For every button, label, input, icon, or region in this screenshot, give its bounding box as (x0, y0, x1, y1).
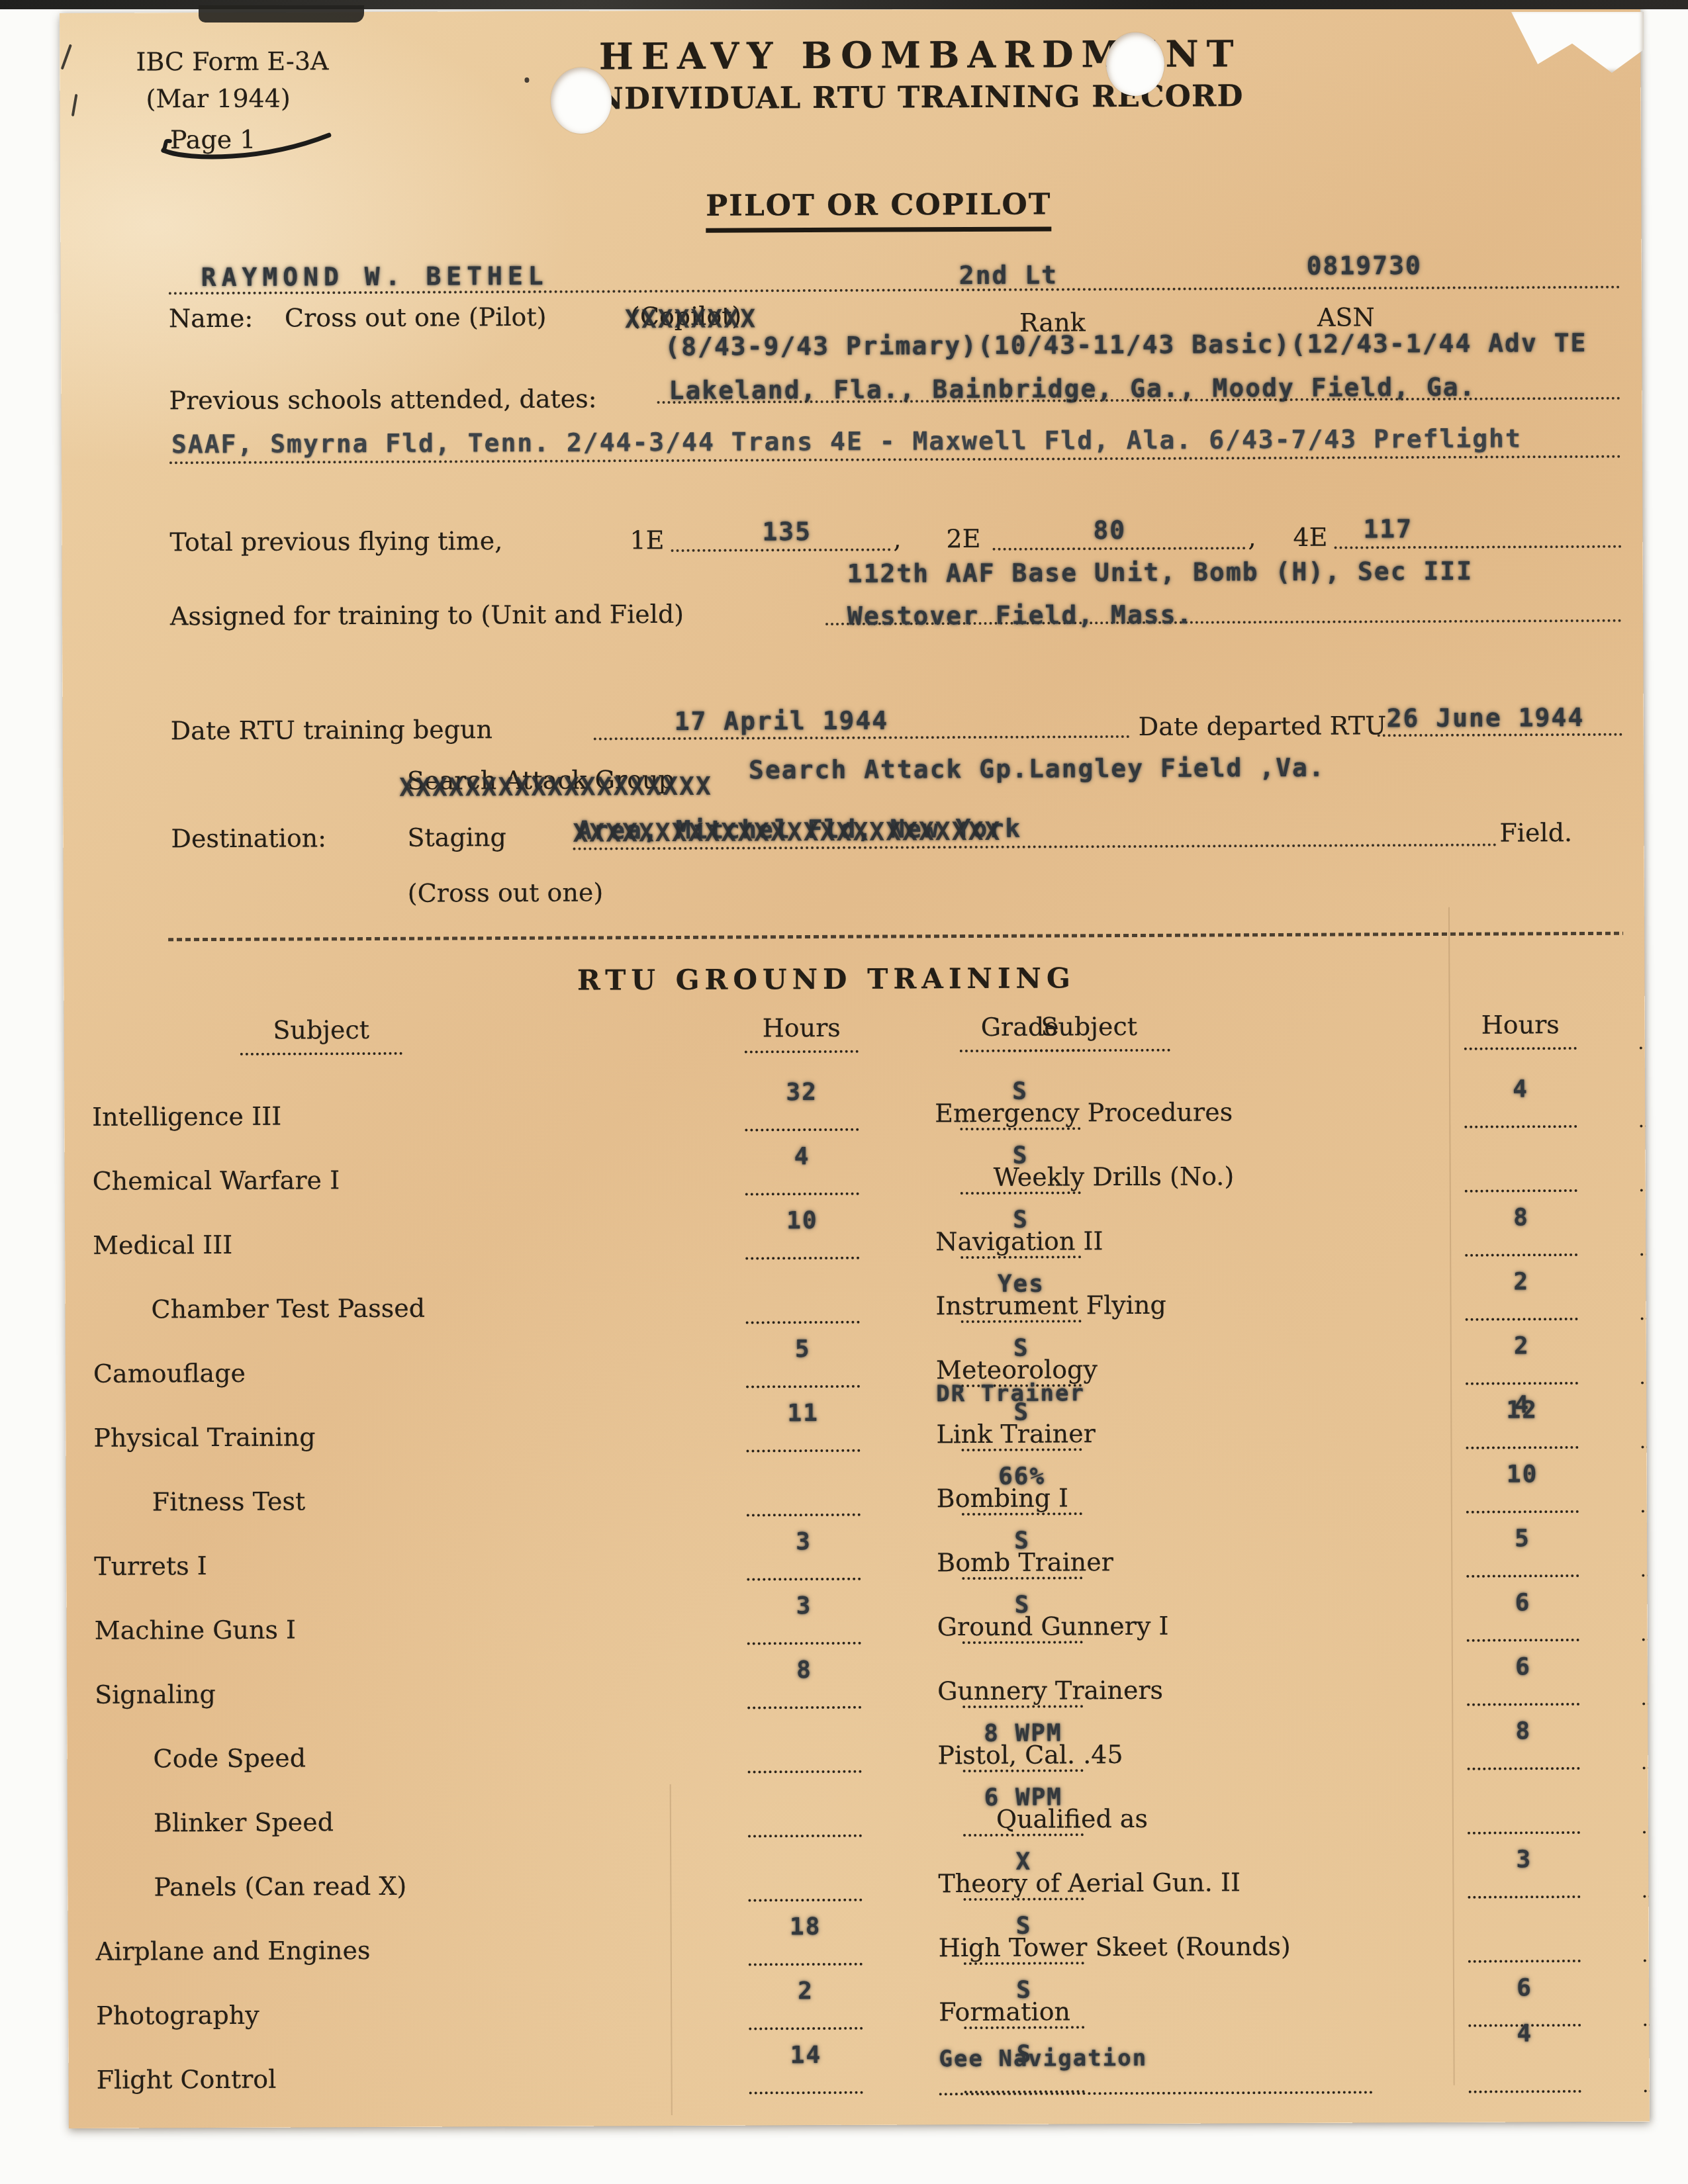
value-cell: 8 (1467, 1707, 1579, 1770)
subject-label: Medical III (93, 1198, 662, 1263)
hours-value: 11 (746, 1400, 860, 1428)
grade-value (1642, 1744, 1649, 1745)
hours-value: 2 (1466, 1332, 1578, 1360)
subject-label: High Tower Skeet (Rounds) (938, 1901, 1448, 1965)
value-cell: S (1641, 1322, 1650, 1385)
subject-label: Bomb Trainer (937, 1516, 1446, 1580)
grade-value: S (1642, 1524, 1650, 1552)
value-cell: S (1643, 1835, 1650, 1898)
value-cell: 2 (1465, 1258, 1577, 1321)
subject-label: Chemical Warfare I (92, 1134, 661, 1199)
dotted-line (1335, 545, 1622, 549)
grade-value: 50 (1644, 1909, 1650, 1937)
grade-value: S (1644, 1974, 1650, 2001)
schools-typed-line1: (8/43-9/43 Primary)(10/43-11/43 Basic)(1… (665, 328, 1587, 361)
grade-value (1640, 1102, 1650, 1103)
pen-tick-mark (61, 44, 72, 69)
hours-1e-value: 135 (762, 517, 812, 546)
hours-value: 5 (1466, 1525, 1579, 1553)
hours-value: 3 (747, 1592, 861, 1620)
subject-label: Pistol, Cal. .45 (937, 1708, 1447, 1772)
value-cell: 3 (747, 1582, 861, 1645)
value-cell (1464, 1130, 1577, 1193)
value-cell: 12 (1466, 1387, 1578, 1449)
engine-2e-label: 2E (946, 524, 980, 553)
value-cell: 4 (745, 1133, 859, 1196)
subject-label: Bombing I (937, 1451, 1446, 1516)
value-cell: 6 (1467, 1643, 1579, 1706)
hours-value: 12 (1466, 1396, 1578, 1424)
subject-label: Code Speed (153, 1711, 722, 1776)
subject-label: Fitness Test (152, 1455, 722, 1520)
value-cell: 32 (745, 1069, 859, 1132)
value-cell (748, 1775, 862, 1838)
grade-value: MM (1643, 1781, 1650, 1809)
strikeout-x: XXXXXXXXXXXXXXXXXXXXXXXXXX (573, 817, 1001, 848)
dotted-line (1378, 733, 1622, 737)
hours-value (747, 1748, 861, 1749)
hours-value: 5 (746, 1336, 860, 1363)
page-content: IBC Form E-3A (Mar 1944) Page 1 HEAVY BO… (60, 7, 1650, 2128)
assigned-field-value: Westover Field, Mass. (847, 600, 1194, 631)
subject-label: Gunnery Trainers (937, 1644, 1447, 1708)
value-cell: 50 (1643, 1899, 1649, 1962)
dotted-line (671, 549, 891, 552)
hours-value (1465, 1167, 1577, 1167)
scan-top-shadow (199, 5, 364, 23)
hours-value: 3 (747, 1528, 861, 1556)
engine-1e-label: 1E (630, 525, 664, 555)
value-cell: 11 (746, 1390, 860, 1453)
comma: , (893, 524, 901, 553)
crossout-instruction: Cross out one (Pilot) (285, 302, 547, 333)
value-cell (1468, 1772, 1580, 1835)
value-cell: 5 (746, 1326, 860, 1388)
subject-label: Camouflage (93, 1326, 663, 1391)
value-cell: 10 (1466, 1451, 1579, 1514)
subject-label: Meteorology (936, 1323, 1446, 1387)
grade-value: S (1640, 1267, 1650, 1295)
subject-label: Chamber Test Passed (151, 1262, 720, 1327)
hours-value (1468, 1809, 1580, 1809)
hours-value: 6 (1467, 1653, 1579, 1681)
hours-value (745, 1298, 859, 1299)
value-cell: 14 (749, 2032, 863, 2095)
pen-underline-mark (158, 126, 350, 166)
value-cell (1642, 1707, 1650, 1770)
hours-value (1468, 1937, 1581, 1938)
blank-subject-line (939, 2031, 1372, 2095)
value-cell: S (1642, 1514, 1650, 1577)
hours-value: 8 (1467, 1717, 1579, 1745)
value-cell: 6 (1466, 1579, 1579, 1642)
hours-value: 32 (745, 1079, 859, 1107)
pen-tick-mark (71, 94, 78, 116)
value-cell: 18 (748, 1903, 862, 1966)
grade-value: S (1642, 1460, 1650, 1488)
subject-label: Weekly Drills (No.) (993, 1130, 1503, 1195)
hours-value (747, 1491, 861, 1492)
value-cell: S (1640, 1193, 1650, 1256)
hours-value: 14 (749, 2042, 863, 2070)
punch-hole (1106, 32, 1164, 96)
engine-4e-label: 4E (1293, 523, 1327, 552)
value-cell: 5 (1466, 1515, 1579, 1578)
hours-2e-value: 80 (1093, 516, 1126, 545)
hours-value: 3 (1468, 1846, 1580, 1874)
subject-label: Turrets I (94, 1519, 663, 1584)
assigned-label: Assigned for training to (Unit and Field… (170, 600, 684, 631)
hours-4e-value: 117 (1363, 514, 1413, 543)
form-number: IBC Form E-3A (136, 46, 328, 76)
punch-hole (551, 68, 612, 134)
form-date: (Mar 1944) (146, 83, 290, 113)
hours-value (748, 1812, 862, 1813)
grade-value (1642, 1680, 1650, 1680)
dotted-line (594, 735, 1130, 741)
dotted-line (993, 547, 1246, 551)
rank-value: 2nd Lt (959, 260, 1058, 290)
subject-label: Flight Control (96, 2032, 665, 2097)
section-title: RTU GROUND TRAINING (577, 962, 1076, 996)
hours-value: 10 (1466, 1461, 1579, 1488)
value-cell: 12 (1640, 1129, 1650, 1192)
hours-value (748, 1876, 862, 1877)
strikeout-x: XXXXXXXXXXXXXXXXXXX (399, 772, 712, 802)
comma: , (1248, 523, 1256, 552)
hours-value: 18 (749, 1913, 863, 1941)
subject-label: Ground Gunnery I (937, 1580, 1446, 1644)
subject-label: Airplane and Engines (95, 1904, 665, 1969)
value-cell: 8 (747, 1647, 861, 1709)
value-cell (747, 1454, 861, 1517)
column-header-subject: Subject (1008, 1012, 1170, 1052)
subject-label: Emergency Procedures (935, 1066, 1444, 1130)
destination-typed-value: Search Attack Gp.Langley Field ,Va. (749, 753, 1325, 785)
hours-value (1469, 2068, 1581, 2068)
value-cell: 10 (745, 1197, 859, 1260)
field-suffix-label: Field. (1499, 818, 1572, 847)
value-cell: 3 (1468, 1836, 1580, 1899)
name-label: Name: (169, 304, 253, 334)
value-cell: S (1642, 1578, 1650, 1641)
subject-label: Physical Training (93, 1390, 663, 1455)
grade-value: S (1641, 1332, 1650, 1359)
column-header-hours: Hours (745, 1013, 859, 1054)
hours-value: 8 (1465, 1204, 1577, 1232)
destination-option-staging: Staging (407, 823, 506, 852)
grade-value (1644, 2067, 1650, 2068)
value-cell: S (1641, 1450, 1649, 1513)
value-cell (1644, 2030, 1650, 2093)
hours-value: 8 (747, 1657, 861, 1684)
hours-value: 6 (1466, 1589, 1579, 1617)
value-cell: MM (1643, 1771, 1650, 1834)
hours-value: 4 (1464, 1075, 1577, 1103)
value-cell: 3 (747, 1518, 861, 1581)
value-cell (748, 1839, 862, 1902)
value-cell: S (1641, 1386, 1650, 1449)
hours-value: 6 (1468, 1974, 1581, 2002)
value-cell (1640, 1065, 1650, 1128)
date-departed-value: 26 June 1944 (1387, 703, 1585, 733)
title-pilot-or-copilot: PILOT OR COPILOT (706, 187, 1052, 232)
value-cell (1468, 2030, 1581, 2093)
grade-value: S (1640, 1203, 1650, 1231)
date-begun-label: Date RTU training begun (171, 715, 492, 745)
crossout-note: (Cross out one) (408, 878, 604, 907)
subject-label: Photography (96, 1968, 665, 2033)
schools-typed-line3: SAAF, Smyrna Fld, Tenn. 2/44-3/44 Trans … (171, 424, 1522, 459)
value-cell (1468, 1900, 1580, 1963)
subject-label: Qualified as (996, 1772, 1506, 1836)
paper-crease (1448, 907, 1455, 2085)
value-cell: 2 (749, 1968, 863, 2030)
column-header-grade: Grade (1640, 1009, 1650, 1050)
destination-label: Destination: (171, 823, 326, 853)
schools-label: Previous schools attended, dates: (169, 384, 596, 415)
value-cell (745, 1261, 859, 1324)
subject-label: Theory of Aerial Gun. II (938, 1837, 1448, 1901)
subject-label: Machine Guns I (94, 1583, 663, 1648)
column-header-subject: Subject (240, 1015, 402, 1056)
grade-value: S (1642, 1588, 1650, 1616)
name-value: RAYMOND W. BETHEL (201, 261, 549, 292)
value-cell (1642, 1643, 1650, 1706)
subject-label: Navigation II (935, 1195, 1445, 1259)
assigned-unit-value: 112th AAF Base Unit, Bomb (H), Sec III (847, 557, 1474, 588)
value-cell: 2 (1466, 1322, 1578, 1385)
subject-label: Intelligence III (92, 1069, 661, 1134)
value-cell: 4 (1464, 1066, 1577, 1128)
hours-value: 2 (1465, 1268, 1577, 1296)
ink-speck (524, 77, 529, 83)
subject-label: Panels (Can read X) (154, 1840, 723, 1905)
asn-label: ASN (1317, 302, 1375, 332)
subject-label: Link Trainer (936, 1387, 1446, 1451)
value-cell: 8 (1465, 1194, 1577, 1257)
section-divider (168, 932, 1623, 942)
grade-value: 12 (1640, 1139, 1649, 1167)
hours-value: 2 (749, 1978, 863, 2005)
hours-value: 4 (745, 1143, 859, 1171)
date-departed-label: Date departed RTU (1139, 711, 1387, 741)
asn-value: 0819730 (1307, 251, 1422, 281)
document-page: IBC Form E-3A (Mar 1944) Page 1 HEAVY BO… (60, 7, 1650, 2128)
subject-label: Signaling (95, 1647, 664, 1712)
date-begun-value: 17 April 1944 (675, 706, 889, 736)
value-cell: S (1640, 1257, 1650, 1320)
subject-label: Blinker Speed (154, 1776, 723, 1841)
strikeout-x: XXXXXXXX (625, 304, 757, 334)
grade-value: S (1641, 1396, 1650, 1424)
hours-value: 10 (745, 1207, 859, 1235)
value-cell (747, 1711, 861, 1774)
subject-label: Instrument Flying (935, 1259, 1445, 1323)
flying-time-label: Total previous flying time, (169, 526, 502, 557)
grade-value: S (1643, 1845, 1650, 1873)
column-header-hours: Hours (1464, 1010, 1577, 1050)
